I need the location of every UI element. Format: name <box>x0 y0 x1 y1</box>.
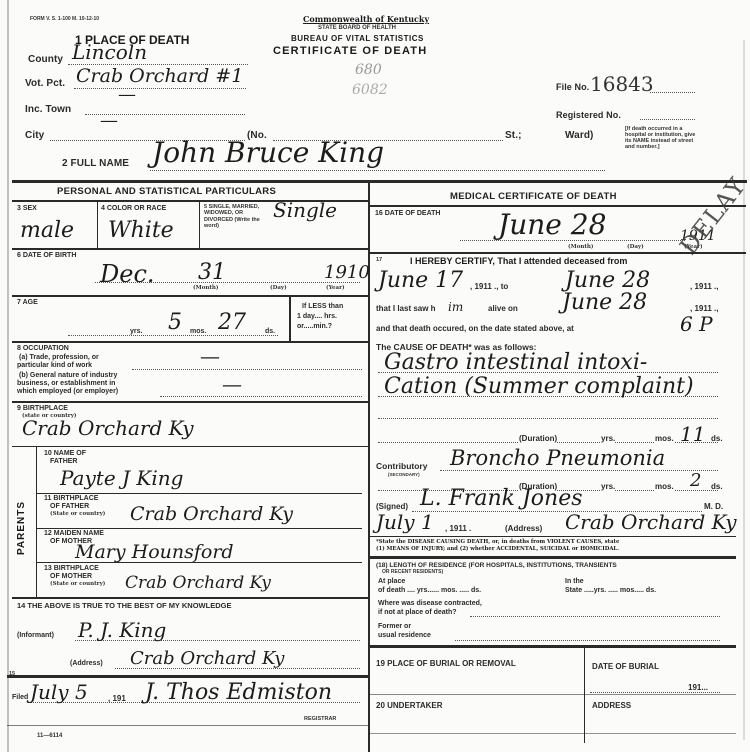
dob-day: 31 <box>198 260 226 285</box>
certify-text: I HEREBY CERTIFY, That I attended deceas… <box>410 256 627 266</box>
duration-2-mos-label: mos. <box>655 483 674 491</box>
contributory-value: Broncho Pneumonia <box>450 446 665 470</box>
scan-edge-left <box>7 0 9 752</box>
occupation-label: 8 OCCUPATION <box>17 345 69 353</box>
mother-birthplace-label-1: 13 BIRTHPLACE <box>44 565 99 573</box>
full-name-label: 2 FULL NAME <box>62 158 129 169</box>
less-than-line-1: If LESS than <box>302 303 343 311</box>
mother-name-value: Mary Hounsford <box>75 541 234 563</box>
contracted-field <box>470 616 720 617</box>
father-name-label-2: FATHER <box>50 458 77 466</box>
bureau-title: BUREAU OF VITAL STATISTICS <box>291 34 424 43</box>
footnote-line-1: *State the DISEASE CAUSING DEATH, or, in… <box>376 539 619 545</box>
duration-2-ds-label: ds. <box>711 483 723 491</box>
age-days: 27 <box>218 310 246 335</box>
occupation-b-label-2: business, or establishment in <box>17 380 115 388</box>
death-day-caption: (Day) <box>627 244 644 250</box>
undertaker-address-label: ADDRESS <box>592 702 631 710</box>
former-residence-label-2: usual residence <box>378 632 431 640</box>
father-birthplace-label-1: 11 BIRTHPLACE <box>44 495 98 503</box>
occupation-b-value: — <box>222 372 242 396</box>
duration-1-yrs-label: yrs. <box>601 435 615 443</box>
file-no-value: 16843 <box>590 72 654 96</box>
date-of-death-value: June 28 <box>498 208 606 241</box>
attended-from-year: , 1911 ., to <box>470 283 508 291</box>
dob-label: 6 DATE OF BIRTH <box>17 252 76 260</box>
age-ds-label: ds. <box>265 328 275 336</box>
residence-heading-2: OR RECENT RESIDENTS) <box>382 569 443 575</box>
filed-year-prefix: , 191 <box>108 695 126 703</box>
inc-town-label: Inc. Town <box>25 104 71 115</box>
father-name-label-1: 10 NAME OF <box>44 450 86 458</box>
at-place-label-2: of death .... yrs...... mos. ..... ds. <box>378 587 481 595</box>
marital-value: Single <box>273 198 337 222</box>
cause-line-1: Gastro intestinal intoxi- <box>384 350 647 375</box>
in-state-label-1: In the <box>565 578 584 586</box>
filed-date-value: July 5 <box>30 680 88 704</box>
duration-1-ds-label: ds. <box>711 435 723 443</box>
race-label: 4 COLOR OR RACE <box>101 205 166 213</box>
dob-month: Dec. <box>100 260 155 288</box>
burial-place-label: 19 PLACE OF BURIAL OR REMOVAL <box>376 660 516 668</box>
filing-number: 15 <box>9 671 15 677</box>
birthplace-value: Crab Orchard Ky <box>22 416 194 440</box>
sex-label: 3 SEX <box>17 205 37 213</box>
death-month-caption: (Month) <box>568 244 594 250</box>
signed-date-value: July 1 <box>376 510 434 534</box>
informant-address-label: (Address) <box>70 660 103 668</box>
former-residence-field <box>455 640 720 641</box>
registrar-signature: J. Thos Edmiston <box>145 680 332 705</box>
registered-no-field <box>640 119 695 120</box>
full-name-value: John Bruce King <box>152 136 384 169</box>
city-value: — <box>100 110 118 131</box>
duration-1-days: 11 <box>680 422 705 446</box>
date-of-death-label: 16 DATE OF DEATH <box>375 210 440 218</box>
registrar-label: REGISTRAR <box>304 716 336 722</box>
ward-label: Ward) <box>565 130 593 141</box>
informant-address-value: Crab Orchard Ky <box>130 648 284 669</box>
last-saw-prefix: that I last saw h <box>376 305 436 313</box>
attended-from-value: June 17 <box>378 268 463 293</box>
marital-label: 5 SINGLE, MARRIED, WIDOWED, OR DIVORCED … <box>204 204 269 230</box>
year-caption: (Year) <box>326 285 345 291</box>
former-residence-label-1: Former or <box>378 623 411 631</box>
physician-address-value: Crab Orchard Ky <box>565 510 737 534</box>
less-than-line-2: 1 day.... hrs. <box>297 313 337 321</box>
pencil-note-2: 6082 <box>352 82 388 98</box>
less-than-line-3: or.....min.? <box>297 323 332 331</box>
board-title: STATE BOARD OF HEALTH <box>318 25 396 31</box>
attended-to-year: , 1911 ., <box>690 283 718 291</box>
death-time-value: 6 P <box>680 312 713 336</box>
pencil-note-1: 680 <box>355 62 382 78</box>
occupation-a-value: — <box>200 344 220 368</box>
age-months: 5 <box>168 310 182 335</box>
city-label: City <box>25 130 44 141</box>
physician-signature: L. Frank Jones <box>420 486 583 511</box>
informant-value: P. J. King <box>78 618 166 642</box>
occupation-b-label-3: which employed (or employer) <box>17 388 118 396</box>
sex-value: male <box>20 218 74 243</box>
undertaker-label: 20 UNDERTAKER <box>376 702 443 710</box>
county-value: Lincoln <box>72 40 147 64</box>
filed-label: Filed <box>12 694 28 702</box>
age-yrs-label: yrs. <box>130 328 142 336</box>
informant-statement: 14 THE ABOVE IS TRUE TO THE BEST OF MY K… <box>17 602 231 610</box>
signed-date-year: , 1911 . <box>445 525 471 533</box>
physician-address-label: (Address) <box>505 525 542 533</box>
mother-name-label-1: 12 MAIDEN NAME <box>44 530 104 538</box>
parents-side-label: PARENTS <box>16 501 27 555</box>
commonwealth-title: Commonwealth of Kentucky <box>303 14 429 24</box>
section-divider <box>12 180 747 183</box>
file-no-label: File No. <box>556 82 589 92</box>
duration-2-days: 2 <box>690 470 701 491</box>
contracted-label-2: if not at place of death? <box>378 609 457 617</box>
age-label: 7 AGE <box>17 299 38 307</box>
mother-birthplace-label-2: OF MOTHER <box>50 573 92 581</box>
death-certificate: FORM V. S. 1-100 M. 10-12-10 Commonwealt… <box>0 0 750 752</box>
contributory-sub: (SECONDARY) <box>388 472 420 477</box>
father-birthplace-label-3: (State or country) <box>50 511 105 517</box>
last-saw-date: June 28 <box>562 290 647 315</box>
father-name-value: Payte J King <box>60 466 183 490</box>
county-label: County <box>28 54 63 65</box>
burial-date-year: 191... <box>688 684 708 692</box>
occupation-a-label-1: (a) Trade, profession, or <box>19 354 99 362</box>
month-caption: (Month) <box>193 285 219 291</box>
vot-pct-label: Vot. Pct. <box>25 78 65 89</box>
father-birthplace-label-2: OF FATHER <box>50 503 89 511</box>
hospital-note: [If death occurred in a hospital or inst… <box>625 126 697 150</box>
last-saw-pronoun: im <box>448 300 463 314</box>
footnote-line-2: (1) MEANS OF INJURY; and (2) whether ACC… <box>376 546 619 552</box>
race-value: White <box>108 218 174 243</box>
contracted-label-1: Where was disease contracted, <box>378 600 482 608</box>
occupation-b-label-1: (b) General nature of industry <box>19 372 117 380</box>
scan-edge-right <box>743 40 745 740</box>
last-saw-mid: alive on <box>488 305 518 313</box>
registered-no-label: Registered No. <box>556 110 621 120</box>
footer-code: 11—6114 <box>37 733 62 739</box>
mother-birthplace-label-3: (State or country) <box>50 581 105 587</box>
inc-town-value: — <box>118 84 136 105</box>
duration-2-yrs-label: yrs. <box>601 483 615 491</box>
in-state-label-2: State .....yrs. ..... mos..... ds. <box>565 587 656 595</box>
father-birthplace-value: Crab Orchard Ky <box>130 503 293 525</box>
street-label: St.; <box>505 130 522 141</box>
cause-line-2: Cation (Summer complaint) <box>384 374 694 399</box>
dob-year: 1910 <box>324 262 370 283</box>
form-number: FORM V. S. 1-100 M. 10-12-10 <box>30 16 99 22</box>
personal-heading: PERSONAL AND STATISTICAL PARTICULARS <box>57 186 276 197</box>
birthplace-label: 9 BIRTHPLACE <box>17 405 68 413</box>
duration-1-label: (Duration) <box>519 435 557 443</box>
age-mos-label: mos. <box>190 328 206 336</box>
delay-stamp: DELAY <box>674 172 750 260</box>
mother-birthplace-value: Crab Orchard Ky <box>125 573 271 593</box>
death-occurred-text: and that death occured, on the date stat… <box>376 325 574 333</box>
informant-label: (Informant) <box>17 632 54 640</box>
day-caption: (Day) <box>270 285 287 291</box>
vot-pct-value: Crab Orchard #1 <box>76 65 243 87</box>
occupation-a-label-2: particular kind of work <box>17 362 92 370</box>
certificate-title: CERTIFICATE OF DEATH <box>273 45 427 57</box>
at-place-label-1: At place <box>378 578 405 586</box>
contributory-label: Contributory <box>376 462 427 470</box>
burial-date-label: DATE OF BURIAL <box>592 663 659 671</box>
certify-number: 17 <box>376 257 382 263</box>
medical-heading: MEDICAL CERTIFICATE OF DEATH <box>450 191 617 202</box>
duration-1-mos-label: mos. <box>655 435 674 443</box>
